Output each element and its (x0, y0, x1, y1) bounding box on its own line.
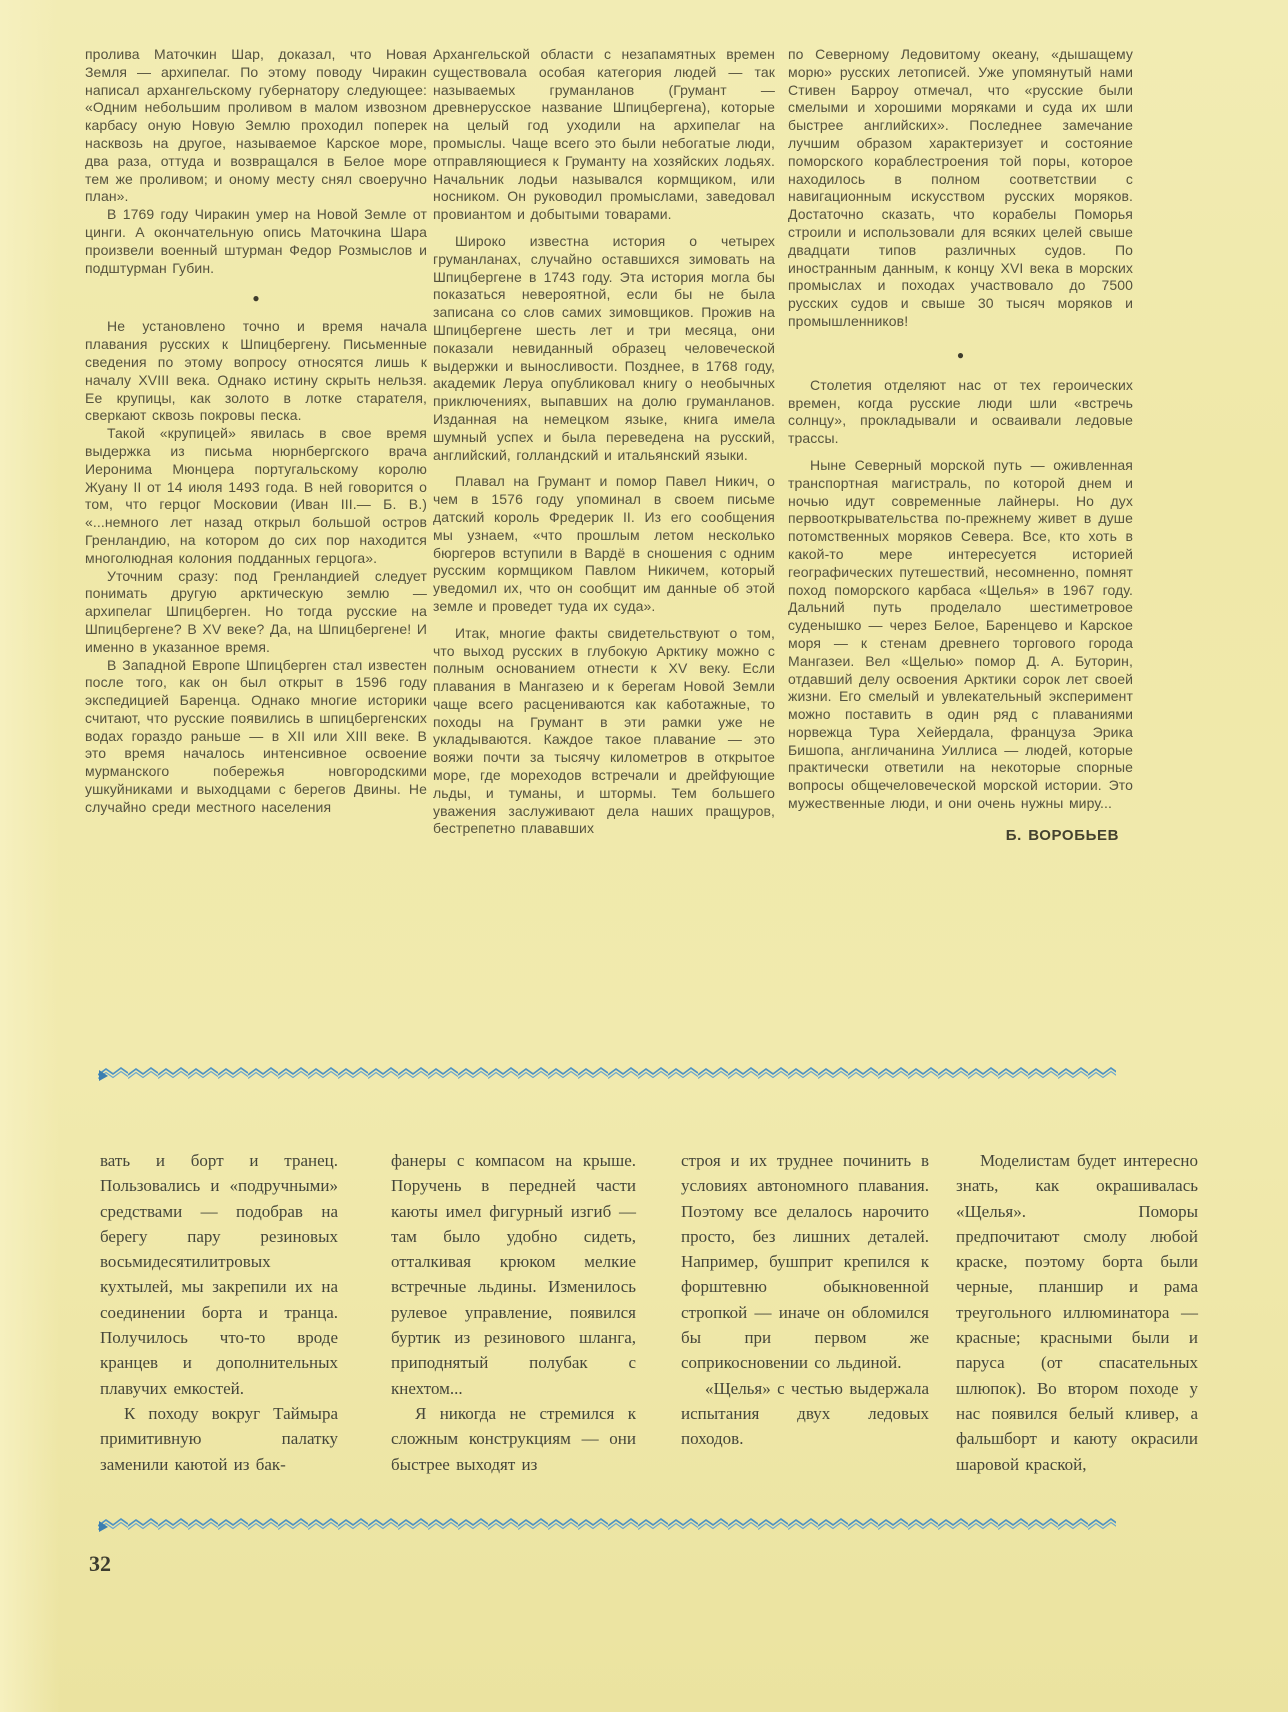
paragraph: Архангельской области с незапамятных вре… (433, 46, 775, 224)
bottom-article-column-3: строя и их труднее починить в условиях а… (681, 1148, 929, 1452)
paragraph: Такой «крупицей» явилась в свое время вы… (85, 425, 427, 567)
paragraph: Плавал на Грумант и помор Павел Никич, о… (433, 473, 775, 615)
top-article-column-3: по Северному Ледовитому океану, «дышащем… (788, 46, 1133, 845)
paragraph: Широко известна история о четырех груман… (433, 233, 775, 464)
author-signature: Б. ВОРОБЬЕВ (788, 827, 1133, 845)
paragraph: К походу вокруг Таймыра примитивную пала… (100, 1401, 338, 1477)
bottom-article-column-1: вать и борт и транец. Пользовались и «по… (100, 1148, 338, 1477)
section-separator-icon: ● (788, 349, 1133, 361)
paragraph: фанеры с компасом на крыше. Поручень в п… (391, 1148, 636, 1401)
paragraph: Не установлено точно и время начала плав… (85, 318, 427, 425)
bottom-article-column-4: Моделистам будет интересно знать, как ок… (956, 1148, 1198, 1477)
top-article-column-2: Архангельской области с незапамятных вре… (433, 46, 775, 838)
paragraph: Я никогда не стремился к сложным констру… (391, 1401, 636, 1477)
top-article-column-1: пролива Маточкин Шар, доказал, что Новая… (85, 46, 427, 817)
paragraph: Итак, многие факты свидетельствуют о том… (433, 625, 775, 839)
section-separator-icon: ● (85, 292, 427, 304)
bottom-article-column-2: фанеры с компасом на крыше. Поручень в п… (391, 1148, 636, 1477)
paragraph: пролива Маточкин Шар, доказал, что Новая… (85, 46, 427, 206)
paragraph: Уточним сразу: под Гренландией следует п… (85, 568, 427, 657)
paragraph: строя и их труднее починить в условиях а… (681, 1148, 929, 1376)
wavy-divider-bottom (98, 1517, 1116, 1532)
paragraph: Ныне Северный морской путь — оживленная … (788, 457, 1133, 813)
paragraph: «Щелья» с честью выдержала испытания дву… (681, 1376, 929, 1452)
page-number: 32 (89, 1551, 111, 1577)
paragraph: В Западной Европе Шпицберген стал извест… (85, 657, 427, 817)
magazine-page-scan: пролива Маточкин Шар, доказал, что Новая… (0, 0, 1288, 1712)
paragraph: вать и борт и транец. Пользовались и «по… (100, 1148, 338, 1401)
paragraph: В 1769 году Чиракин умер на Новой Земле … (85, 206, 427, 277)
wavy-divider-top (98, 1066, 1116, 1081)
paragraph: Моделистам будет интересно знать, как ок… (956, 1148, 1198, 1477)
paragraph: по Северному Ледовитому океану, «дышащем… (788, 46, 1133, 331)
paragraph: Столетия отделяют нас от тех героических… (788, 377, 1133, 448)
